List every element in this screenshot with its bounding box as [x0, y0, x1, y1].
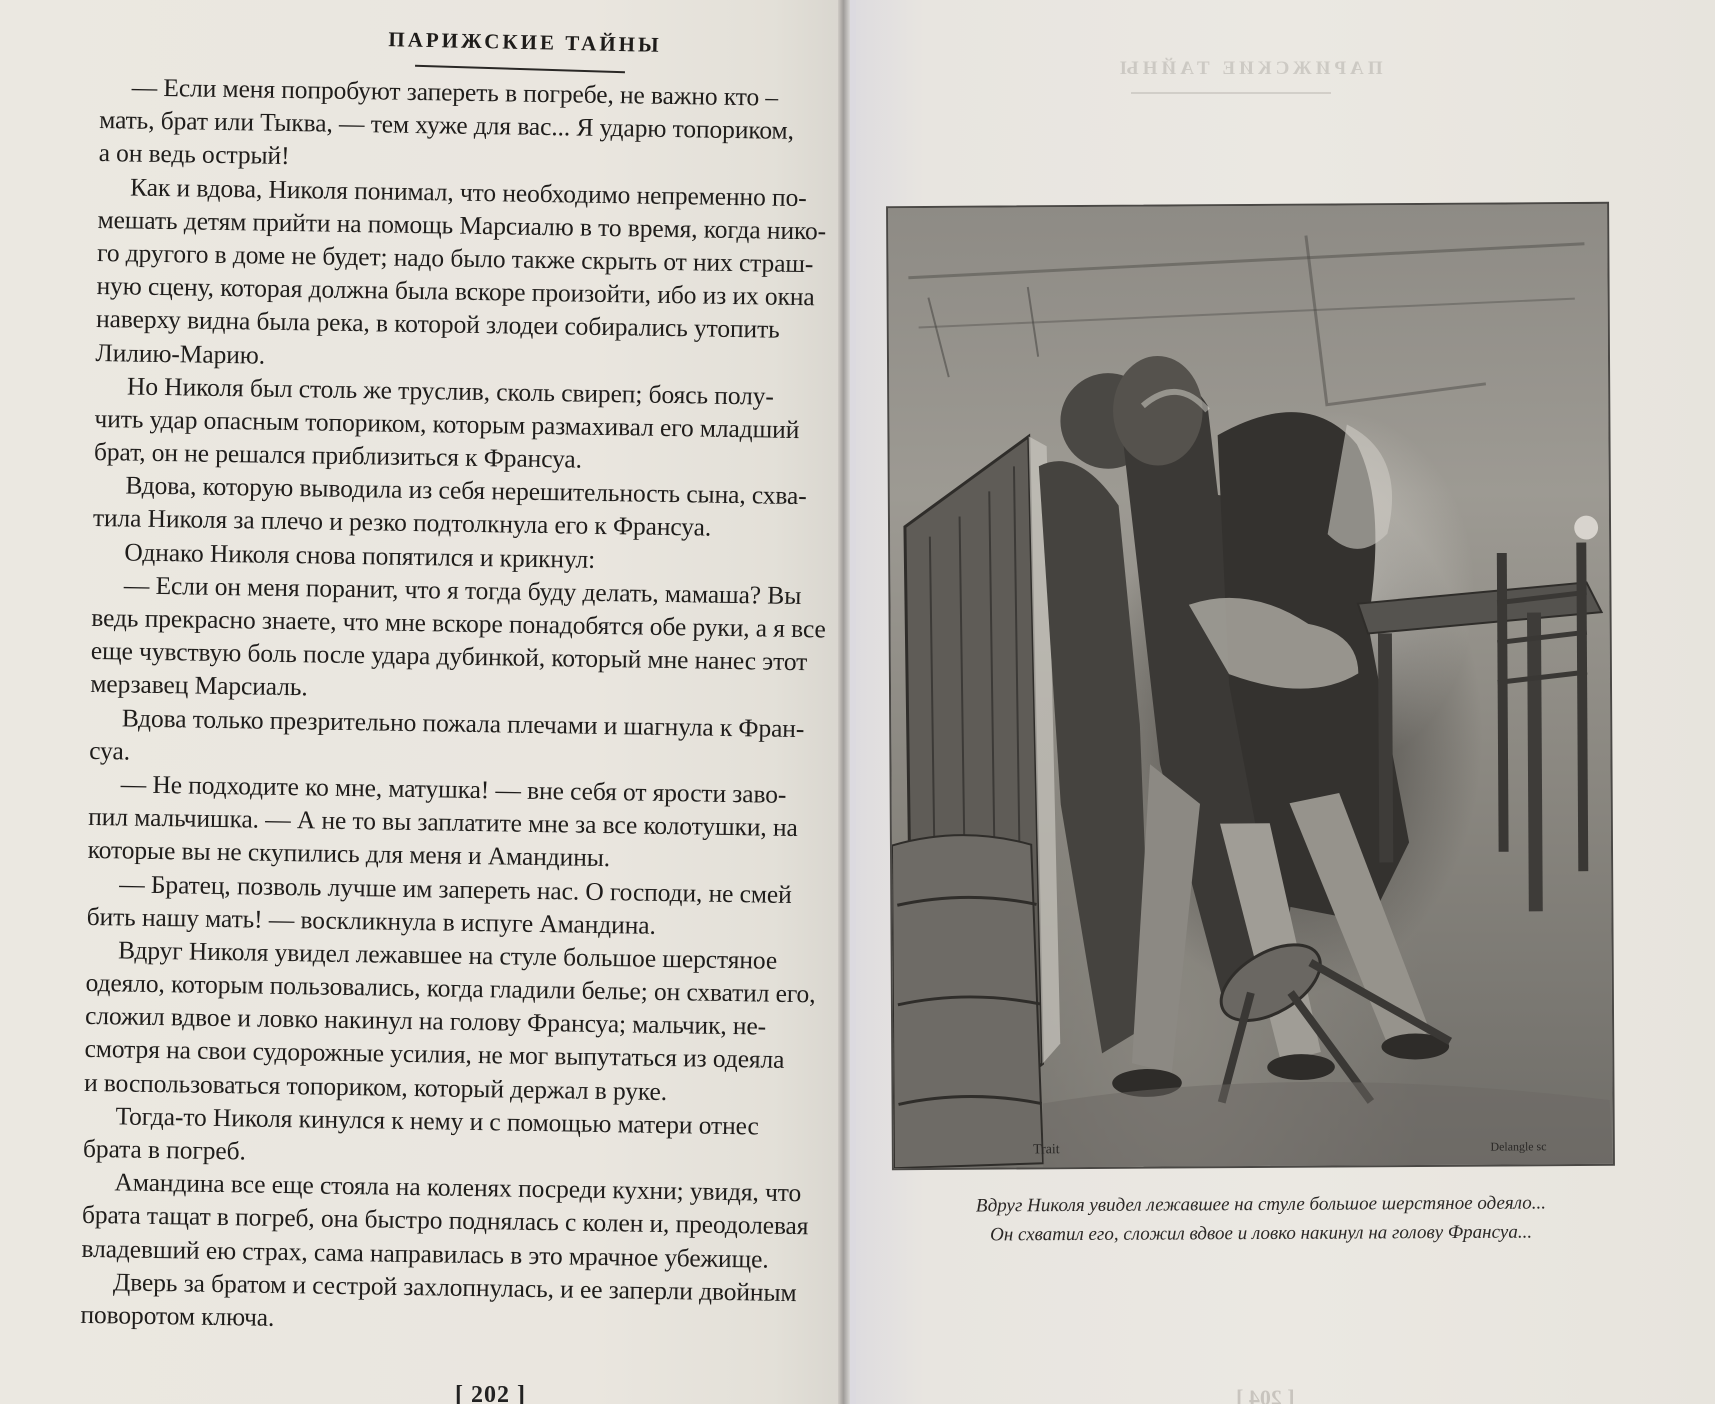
- engraving-illustration: Trait Delangle sc: [886, 202, 1615, 1170]
- caption-line-2: Он схватил его, сложил вдвое и ловко нак…: [911, 1217, 1611, 1250]
- illustration-caption: Вдруг Николя увидел лежавшее на стуле бо…: [911, 1188, 1611, 1250]
- running-head-rule: [415, 65, 625, 74]
- book-gutter: [838, 0, 850, 1404]
- page-number: [ 202 ]: [455, 1382, 526, 1404]
- book-spread: ПАРИЖСКИЕ ТАЙНЫ — Если меня попробуют за…: [0, 0, 1715, 1404]
- engraving-artwork: Trait Delangle sc: [888, 204, 1613, 1168]
- show-through-running-head: ПАРИЖСКИЕ ТАЙНЫ: [1116, 58, 1383, 80]
- right-page: ПАРИЖСКИЕ ТАЙНЫ: [856, 0, 1715, 1404]
- caption-line-1: Вдруг Николя увидел лежавшее на стуле бо…: [911, 1188, 1611, 1221]
- show-through-rule: [1131, 92, 1331, 94]
- artist-signature: Trait: [1033, 1142, 1060, 1157]
- show-through-page-number: [ 204 ]: [1236, 1385, 1295, 1404]
- engraver-signature: Delangle sc: [1490, 1139, 1546, 1153]
- left-page: ПАРИЖСКИЕ ТАЙНЫ — Если меня попробуют за…: [0, 0, 840, 1404]
- running-head: ПАРИЖСКИЕ ТАЙНЫ: [380, 27, 670, 58]
- body-text: — Если меня попробуют запереть в погребе…: [80, 70, 835, 1343]
